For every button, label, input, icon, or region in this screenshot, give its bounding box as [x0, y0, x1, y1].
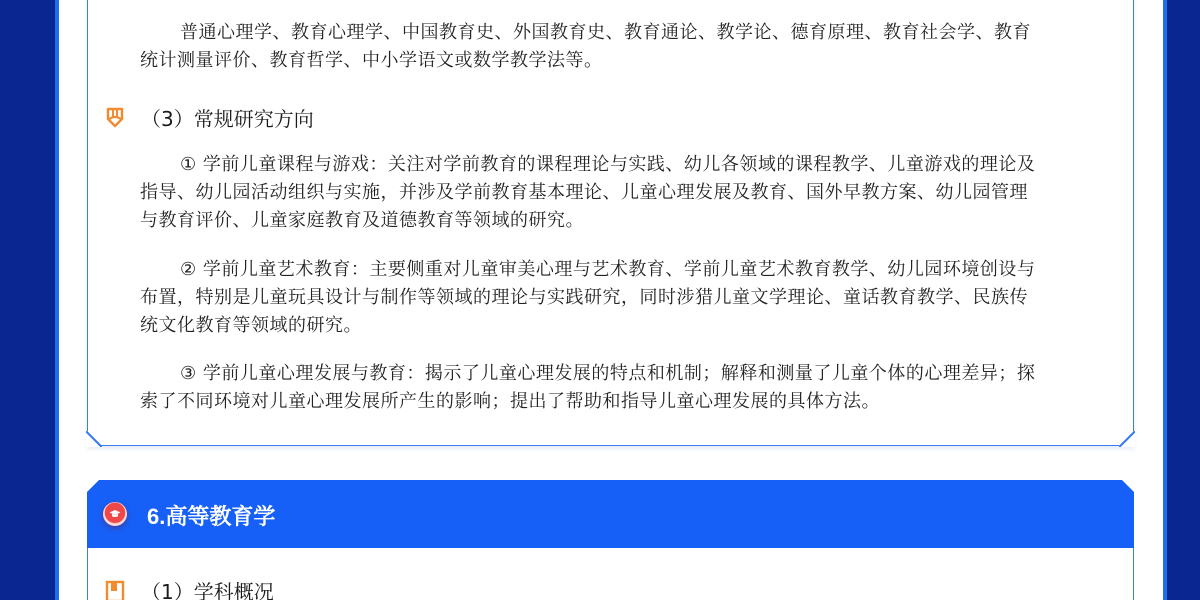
intro-paragraph: 普通心理学、教育心理学、中国教育史、外国教育史、教育通论、教学论、德育原理、教育… [140, 19, 1110, 75]
direction-1-line-1: ① 学前儿童课程与游戏：关注对学前教育的课程理论与实践、幼儿各领域的课程教学、儿… [140, 151, 1110, 179]
direction-1-line-1-text: ① 学前儿童课程与游戏：关注对学前教育的课程理论与实践、幼儿各领域的课程教学、儿… [180, 154, 1035, 175]
direction-item-3: ③ 学前儿童心理发展与教育：揭示了儿童心理发展的特点和机制；解释和测量了儿童个体… [140, 360, 1110, 416]
direction-2-line-1: ② 学前儿童艺术教育：主要侧重对儿童审美心理与艺术教育、学前儿童艺术教育教学、幼… [140, 256, 1110, 284]
direction-item-1: ① 学前儿童课程与游戏：关注对学前教育的课程理论与实践、幼儿各领域的课程教学、儿… [140, 151, 1110, 235]
left-frame-band [0, 0, 55, 600]
subsection-label: （1）学科概况 [141, 576, 274, 600]
intro-line-1-text: 普通心理学、教育心理学、中国教育史、外国教育史、教育通论、教学论、德育原理、教育… [180, 22, 1031, 43]
direction-3-line-2: 索了不同环境对儿童心理发展所产生的影响；提出了帮助和指导儿童心理发展的具体方法。 [140, 388, 1110, 416]
intro-line-1: 普通心理学、教育心理学、中国教育史、外国教育史、教育通论、教学论、德育原理、教育… [140, 19, 1110, 47]
left-frame-stripe [55, 0, 59, 600]
direction-3-line-1-text: ③ 学前儿童心理发展与教育：揭示了儿童心理发展的特点和机制；解释和测量了儿童个体… [180, 363, 1035, 384]
intro-line-2: 统计测量评价、教育哲学、中小学语文或数学教学法等。 [140, 47, 1110, 75]
graduation-cap-icon [103, 502, 127, 526]
direction-3-line-1: ③ 学前儿童心理发展与教育：揭示了儿童心理发展的特点和机制；解释和测量了儿童个体… [140, 360, 1110, 388]
direction-2-line-1-text: ② 学前儿童艺术教育：主要侧重对儿童审美心理与艺术教育、学前儿童艺术教育教学、幼… [180, 259, 1035, 280]
section-title: 6.高等教育学 [147, 500, 275, 531]
section-header-higher-education: 6.高等教育学 [87, 480, 1134, 548]
direction-1-line-3: 与教育评价、儿童家庭教育及道德教育等领域的研究。 [140, 207, 1110, 235]
direction-item-2: ② 学前儿童艺术教育：主要侧重对儿童审美心理与艺术教育、学前儿童艺术教育教学、幼… [140, 256, 1110, 340]
card-bottom-border [100, 445, 1121, 447]
subsection-label: （3）常规研究方向 [141, 103, 314, 132]
right-frame-band [1167, 0, 1200, 600]
direction-2-line-2: 布置，特别是儿童玩具设计与制作等领域的理论与实践研究，同时涉猎儿童文学理论、童话… [140, 284, 1110, 312]
direction-1-line-2: 指导、幼儿园活动组织与实施，并涉及学前教育基本理论、儿童心理发展及教育、国外早教… [140, 179, 1110, 207]
subsection-heading-research-directions: （3）常规研究方向 [105, 103, 314, 132]
subsection-heading-overview: （1）学科概况 [105, 576, 274, 600]
pencil-icon [105, 107, 125, 129]
book-icon [105, 580, 125, 600]
direction-2-line-3: 统文化教育等领域的研究。 [140, 312, 1110, 340]
